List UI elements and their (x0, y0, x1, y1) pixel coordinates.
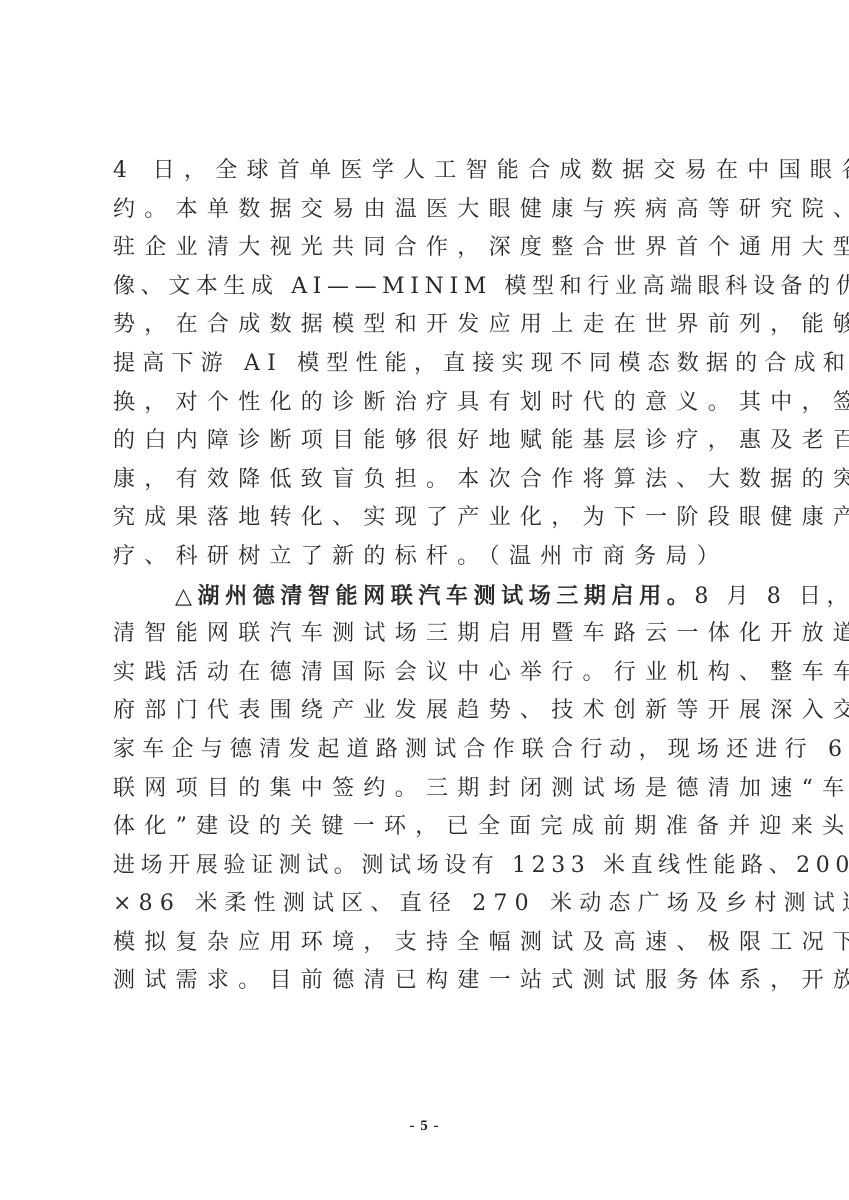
text-line: 体化”建设的关键一环，已全面完成前期准备并迎来头部车企 (113, 808, 753, 847)
text-line: 家车企与德清发起道路测试合作联合行动，现场还进行 6 个车 (113, 731, 753, 770)
text-line: 府部门代表围绕产业发展趋势、技术创新等开展深入交流，多 (113, 692, 753, 731)
page-number: - 5 - (0, 1118, 849, 1135)
heading-tail-text: 8 月 8 日，德 (694, 584, 849, 609)
paragraph-heading: △湖州德清智能网联汽车测试场三期启用。 (175, 583, 694, 609)
text-line: 测试需求。目前德清已构建一站式测试服务体系，开放测试道 (113, 962, 753, 1001)
text-line: 像、文本生成 AI——MINIM 模型和行业高端眼科设备的优 (113, 268, 753, 307)
paragraph-eye-valley-data-deal: 4 日，全球首单医学人工智能合成数据交易在中国眼谷完成签 约。本单数据交易由温医… (113, 152, 753, 577)
text-line: 的白内障诊断项目能够很好地赋能基层诊疗，惠及老百姓眼健 (113, 422, 753, 461)
text-line: ×86 米柔性测试区、直径 270 米动态广场及乡村测试道路，可 (113, 885, 753, 924)
paragraph-deqing-test-field: △湖州德清智能网联汽车测试场三期启用。8 月 8 日，德 清智能网联汽车测试场三… (113, 577, 753, 1002)
text-line: 实践活动在德清国际会议中心举行。行业机构、整车车企及政 (113, 654, 753, 693)
text-line: 约。本单数据交易由温医大眼健康与疾病高等研究院、眼谷入 (113, 191, 753, 230)
text-line: 模拟复杂应用环境，支持全幅测试及高速、极限工况下的严苛 (113, 924, 753, 963)
document-page: 4 日，全球首单医学人工智能合成数据交易在中国眼谷完成签 约。本单数据交易由温医… (0, 0, 849, 1200)
text-line: 疗、科研树立了新的标杆。（温州市商务局） (113, 538, 753, 577)
paragraph-heading-line: △湖州德清智能网联汽车测试场三期启用。8 月 8 日，德 (113, 577, 753, 616)
body-text: 4 日，全球首单医学人工智能合成数据交易在中国眼谷完成签 约。本单数据交易由温医… (113, 152, 753, 1001)
text-line: 进场开展验证测试。测试场设有 1233 米直线性能路、200 米 (113, 847, 753, 886)
text-line: 势，在合成数据模型和开发应用上走在世界前列，能够大幅度 (113, 306, 753, 345)
text-line: 联网项目的集中签约。三期封闭测试场是德清加速“车路云一 (113, 770, 753, 809)
text-line: 究成果落地转化、实现了产业化，为下一阶段眼健康产业医 (113, 499, 753, 538)
text-line: 换，对个性化的诊断治疗具有划时代的意义。其中，签约合作 (113, 384, 753, 423)
text-line: 康，有效降低致盲负担。本次合作将算法、大数据的突破性研 (113, 461, 753, 500)
text-line: 清智能网联汽车测试场三期启用暨车路云一体化开放道路测试 (113, 615, 753, 654)
text-line: 4 日，全球首单医学人工智能合成数据交易在中国眼谷完成签 (113, 152, 753, 191)
text-line: 提高下游 AI 模型性能，直接实现不同模态数据的合成和转 (113, 345, 753, 384)
text-line: 驻企业清大视光共同合作，深度整合世界首个通用大型医学影 (113, 229, 753, 268)
